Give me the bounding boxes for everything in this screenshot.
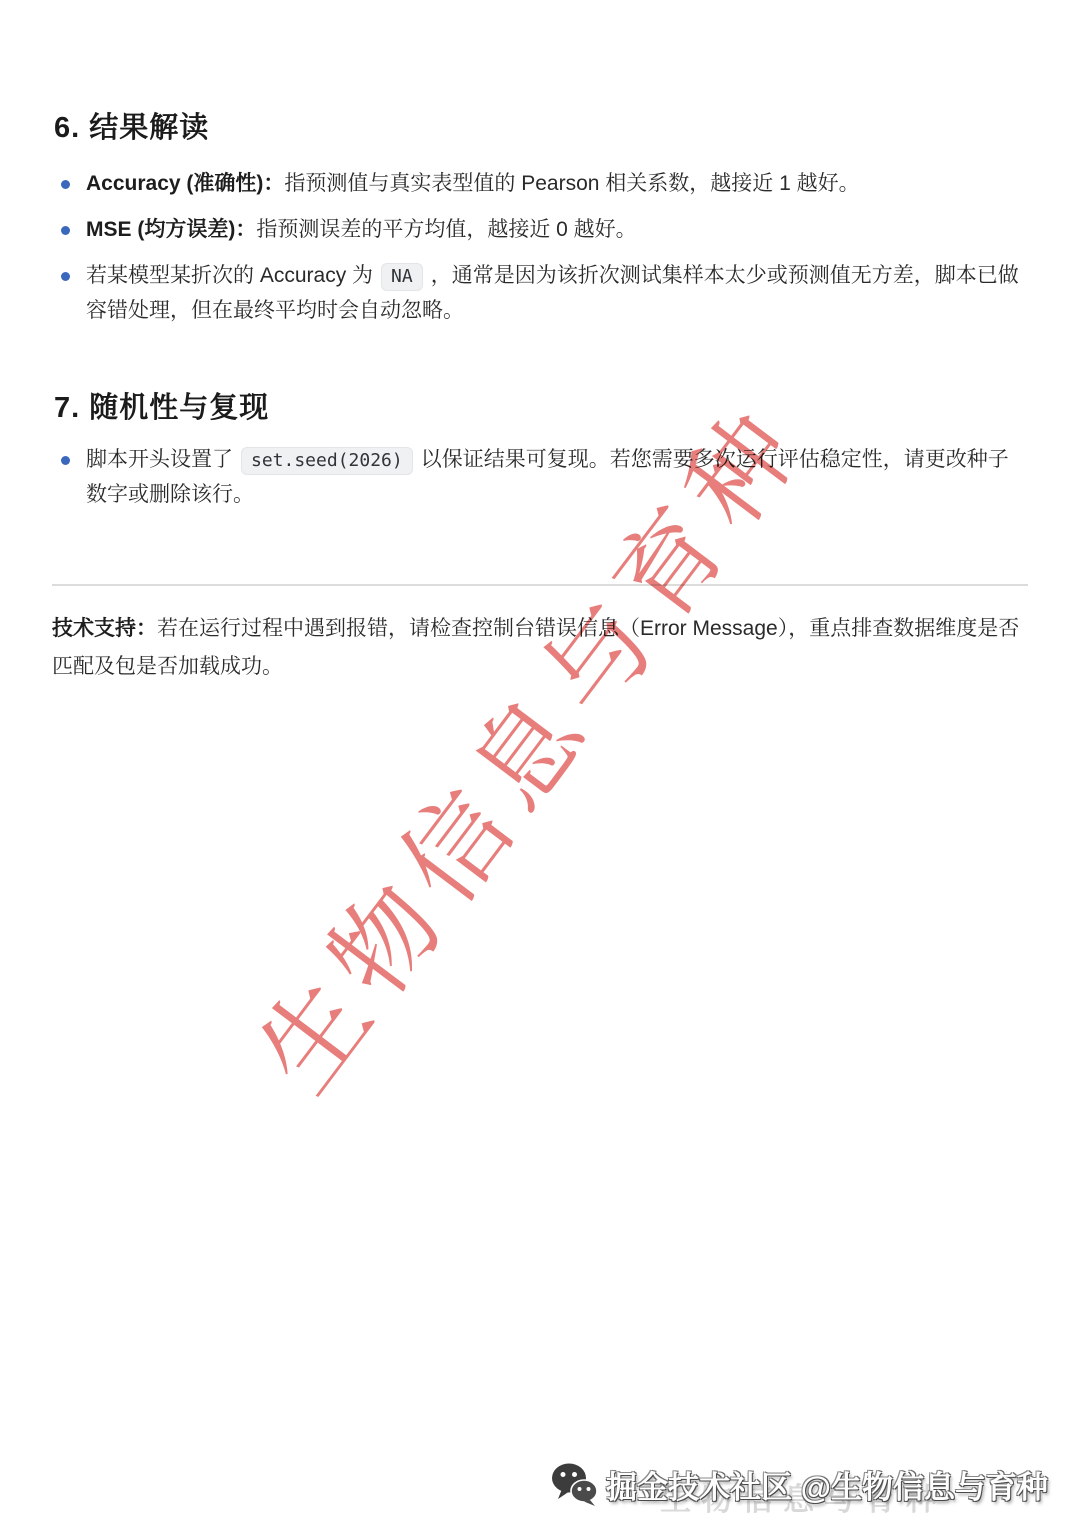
bullet-text: Accuracy (准确性)：指预测值与真实表型值的 Pearson 相关系数，… [86, 167, 860, 201]
bullet-icon [61, 272, 70, 281]
list-item: 若某模型某折次的 Accuracy 为NA，通常是因为该折次测试集样本太少或预测… [52, 259, 1028, 328]
list-item: Accuracy (准确性)：指预测值与真实表型值的 Pearson 相关系数，… [52, 167, 1028, 201]
bullet-text: 脚本开头设置了set.seed(2026)以保证结果可复现。若您需要多次运行评估… [86, 443, 1028, 512]
support-text: 若在运行过程中遇到报错，请检查控制台错误信息（Error Message），重点… [52, 617, 1019, 678]
document-page: 6. 结果解读 Accuracy (准确性)：指预测值与真实表型值的 Pears… [0, 0, 1080, 1526]
inline-code-na: NA [381, 263, 423, 291]
section-7-list: 脚本开头设置了set.seed(2026)以保证结果可复现。若您需要多次运行评估… [52, 443, 1028, 512]
bullet-body: 若某模型某折次的 Accuracy 为 [86, 264, 373, 287]
support-label: 技术支持： [52, 617, 157, 640]
inline-code-setseed: set.seed(2026) [241, 447, 413, 475]
list-item: MSE (均方误差)：指预测误差的平方均值，越接近 0 越好。 [52, 213, 1028, 247]
bullet-body: 脚本开头设置了 [86, 448, 233, 471]
bullet-body: 指预测误差的平方均值，越接近 0 越好。 [256, 218, 636, 241]
footer-watermark: 生物信息与育种 掘金技术社区 @生物信息与育种 [550, 1458, 1048, 1510]
bullet-icon [61, 226, 70, 235]
section-6-list: Accuracy (准确性)：指预测值与真实表型值的 Pearson 相关系数，… [52, 167, 1028, 328]
section-7-heading: 7. 随机性与复现 [54, 390, 1028, 427]
list-item: 脚本开头设置了set.seed(2026)以保证结果可复现。若您需要多次运行评估… [52, 443, 1028, 512]
support-paragraph: 技术支持：若在运行过程中遇到报错，请检查控制台错误信息（Error Messag… [52, 610, 1028, 686]
bullet-icon [61, 456, 70, 465]
bullet-term: Accuracy (准确性)： [86, 172, 284, 195]
bullet-text: 若某模型某折次的 Accuracy 为NA，通常是因为该折次测试集样本太少或预测… [86, 259, 1028, 328]
bullet-term: MSE (均方误差)： [86, 218, 256, 241]
footer-text: 掘金技术社区 @生物信息与育种 [606, 1462, 1048, 1507]
bullet-text: MSE (均方误差)：指预测误差的平方均值，越接近 0 越好。 [86, 213, 637, 247]
divider [52, 584, 1028, 586]
bullet-body: 指预测值与真实表型值的 Pearson 相关系数，越接近 1 越好。 [284, 172, 859, 195]
section-6-heading: 6. 结果解读 [54, 110, 1028, 147]
bullet-icon [61, 180, 70, 189]
wechat-icon [550, 1461, 598, 1507]
